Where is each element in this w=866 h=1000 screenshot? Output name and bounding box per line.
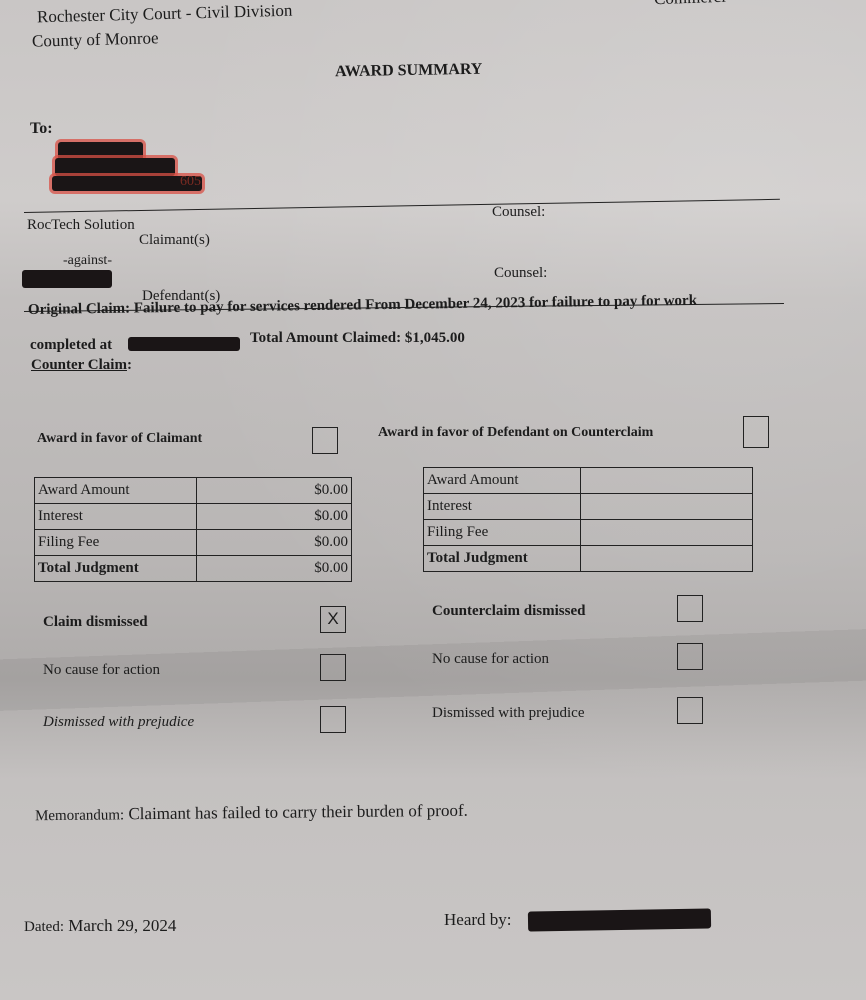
dated: Dated: March 29, 2024	[24, 916, 176, 936]
counter-claim-label: Counter Claim	[31, 357, 127, 373]
row-label: Filing Fee	[424, 520, 581, 546]
claimant-name: RocTech Solution	[27, 217, 135, 234]
option-label: Dismissed with prejudice	[432, 705, 584, 722]
table-row: Award Amount	[424, 468, 753, 494]
option-label: Claim dismissed	[43, 614, 148, 631]
option-checkbox[interactable]	[677, 643, 703, 670]
option-label: Dismissed with prejudice	[43, 714, 194, 731]
defendant-award-label: Award in favor of Defendant on Countercl…	[378, 425, 653, 441]
counter-claim-heading: Counter Claim:	[31, 357, 132, 374]
row-label: Award Amount	[35, 478, 197, 504]
option-checkbox[interactable]	[320, 654, 346, 681]
table-row: Filing Fee$0.00	[35, 530, 352, 556]
row-value	[581, 494, 753, 520]
option-label: Counterclaim dismissed	[432, 603, 585, 620]
claimant-counsel-label: Counsel:	[492, 204, 545, 221]
county-name: County of Monroe	[32, 28, 159, 51]
original-claim-label: Original Claim:	[28, 301, 130, 318]
table-row: Interest$0.00	[35, 504, 352, 530]
table-row: Award Amount$0.00	[35, 478, 352, 504]
claimant-award-label: Award in favor of Claimant	[37, 431, 202, 447]
claimant-label: Claimant(s)	[139, 232, 210, 249]
row-label: Total Judgment	[35, 556, 197, 582]
option-checkbox[interactable]	[320, 706, 346, 733]
memorandum-label: Memorandum:	[35, 807, 124, 824]
claimant-award-checkbox[interactable]	[312, 427, 338, 454]
table-row: Interest	[424, 494, 753, 520]
defendant-counsel-label: Counsel:	[494, 265, 547, 282]
row-value: $0.00	[197, 530, 352, 556]
redacted-location	[128, 337, 240, 351]
row-value	[581, 520, 753, 546]
against-label: -against-	[63, 253, 112, 269]
option-checkbox[interactable]	[677, 697, 703, 724]
row-label: Award Amount	[424, 468, 581, 494]
row-value: $0.00	[197, 556, 352, 582]
court-name: Rochester City Court - Civil Division	[37, 1, 293, 28]
to-label: To:	[30, 120, 53, 138]
dated-value: March 29, 2024	[68, 916, 176, 935]
memorandum-text: Claimant has failed to carry their burde…	[128, 801, 468, 824]
option-label: No cause for action	[432, 651, 549, 668]
memorandum: Memorandum: Claimant has failed to carry…	[35, 801, 468, 826]
table-row: Filing Fee	[424, 520, 753, 546]
redacted-judge-name	[528, 908, 711, 931]
total-claimed: Total Amount Claimed: $1,045.00	[250, 330, 465, 347]
claimant-award-table: Award Amount$0.00Interest$0.00Filing Fee…	[34, 477, 352, 582]
row-label: Total Judgment	[424, 546, 581, 572]
dated-label: Dated:	[24, 919, 64, 935]
redacted-address-line-2	[55, 158, 175, 176]
row-label: Interest	[424, 494, 581, 520]
row-label: Filing Fee	[35, 530, 197, 556]
row-label: Interest	[35, 504, 197, 530]
original-claim: Original Claim: Failure to pay for servi…	[28, 293, 697, 319]
option-label: No cause for action	[43, 662, 160, 679]
redacted-defendant-name	[22, 270, 112, 288]
row-value	[581, 468, 753, 494]
completed-at-label: completed at	[30, 337, 112, 354]
heard-by-label: Heard by:	[444, 910, 512, 930]
row-value: $0.00	[197, 504, 352, 530]
row-value	[581, 546, 753, 572]
table-row: Total Judgment	[424, 546, 753, 572]
table-row: Total Judgment$0.00	[35, 556, 352, 582]
defendant-award-table: Award AmountInterestFiling FeeTotal Judg…	[423, 467, 753, 572]
divider-top	[24, 199, 780, 213]
document-title: AWARD SUMMARY	[335, 61, 483, 82]
option-checkbox[interactable]: X	[320, 606, 346, 633]
corner-fragment: Commerci	[654, 0, 726, 9]
total-claimed-value: $1,045.00	[405, 330, 465, 346]
row-value: $0.00	[197, 478, 352, 504]
option-checkbox[interactable]	[677, 595, 703, 622]
total-claimed-label: Total Amount Claimed:	[250, 330, 401, 346]
address-fragment: 605	[180, 174, 201, 190]
defendant-award-checkbox[interactable]	[743, 416, 769, 448]
counter-claim-colon: :	[127, 357, 132, 373]
